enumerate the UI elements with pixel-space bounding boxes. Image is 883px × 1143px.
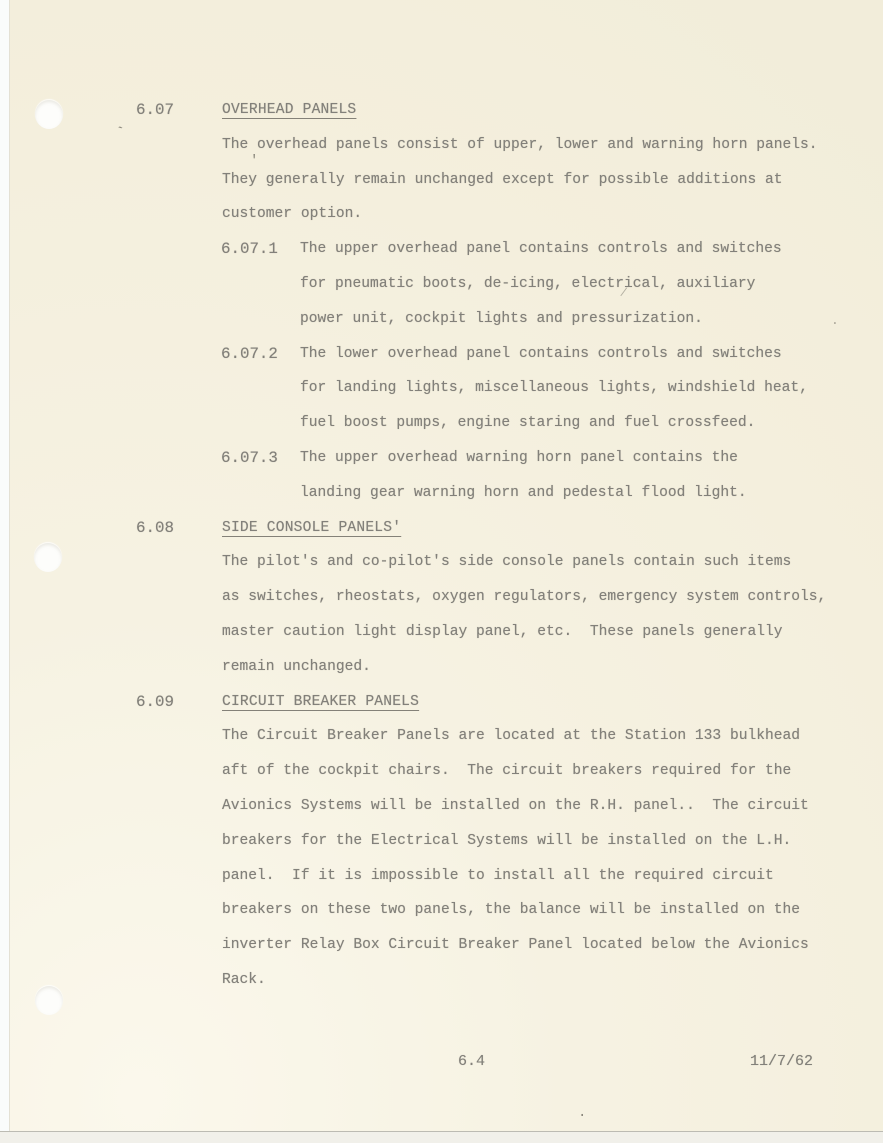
subsection-number: 6.07.2 — [221, 343, 278, 365]
body-text-line: Rack. — [222, 969, 266, 991]
text-line: aft of the cockpit chairs. The circuit b… — [0, 760, 883, 782]
text-line: 6.07.2The lower overhead panel contains … — [0, 343, 883, 365]
body-text-line: The overhead panels consist of upper, lo… — [222, 134, 818, 156]
text-line: panel. If it is impossible to install al… — [0, 865, 883, 887]
body-text-line: breakers for the Electrical Systems will… — [222, 830, 791, 852]
revision-date: 11/7/62 — [750, 1051, 813, 1073]
body-text-line: landing gear warning horn and pedestal f… — [300, 482, 747, 504]
page-footer: 6.4 11/7/62 — [0, 1051, 883, 1073]
text-line: 6.08SIDE CONSOLE PANELS' — [0, 517, 883, 539]
text-line: breakers for the Electrical Systems will… — [0, 830, 883, 852]
body-text-line: customer option. — [222, 203, 362, 225]
text-line: as switches, rheostats, oxygen regulator… — [0, 586, 883, 608]
text-line: Avionics Systems will be installed on th… — [0, 795, 883, 817]
text-line: remain unchanged. — [0, 656, 883, 678]
document-content: 6.07OVERHEAD PANELSThe overhead panels c… — [0, 0, 883, 1143]
text-line: The overhead panels consist of upper, lo… — [0, 134, 883, 156]
stray-mark: . — [578, 1108, 586, 1118]
text-line: for landing lights, miscellaneous lights… — [0, 377, 883, 399]
page-number: 6.4 — [458, 1051, 485, 1073]
section-heading: SIDE CONSOLE PANELS' — [222, 517, 401, 539]
body-text-line: master caution light display panel, etc.… — [222, 621, 783, 643]
stray-mark: ' — [250, 156, 258, 166]
body-text-line: The lower overhead panel contains contro… — [300, 343, 782, 365]
text-line: 6.07OVERHEAD PANELS — [0, 99, 883, 121]
text-line: customer option. — [0, 203, 883, 225]
text-line: inverter Relay Box Circuit Breaker Panel… — [0, 934, 883, 956]
section-heading: CIRCUIT BREAKER PANELS — [222, 691, 419, 713]
body-text-line: The upper overhead panel contains contro… — [300, 238, 782, 260]
text-line: Rack. — [0, 969, 883, 991]
body-text-line: breakers on these two panels, the balanc… — [222, 899, 800, 921]
text-line: landing gear warning horn and pedestal f… — [0, 482, 883, 504]
body-text-line: fuel boost pumps, engine staring and fue… — [300, 412, 755, 434]
body-text-line: The pilot's and co-pilot's side console … — [222, 551, 791, 573]
body-text-line: remain unchanged. — [222, 656, 371, 678]
text-line: 6.09CIRCUIT BREAKER PANELS — [0, 691, 883, 713]
stray-mark: . — [831, 316, 839, 326]
text-line: breakers on these two panels, the balanc… — [0, 899, 883, 921]
stray-mark: / — [619, 288, 628, 299]
subsection-number: 6.07.1 — [221, 238, 278, 260]
body-text-line: They generally remain unchanged except f… — [222, 169, 783, 191]
body-text-line: aft of the cockpit chairs. The circuit b… — [222, 760, 791, 782]
text-line: 6.07.3The upper overhead warning horn pa… — [0, 447, 883, 469]
body-text-line: power unit, cockpit lights and pressuriz… — [300, 308, 703, 330]
text-line: They generally remain unchanged except f… — [0, 169, 883, 191]
body-text-line: Avionics Systems will be installed on th… — [222, 795, 809, 817]
document-page: 6.07OVERHEAD PANELSThe overhead panels c… — [0, 0, 883, 1143]
body-text-line: panel. If it is impossible to install al… — [222, 865, 774, 887]
text-line: power unit, cockpit lights and pressuriz… — [0, 308, 883, 330]
section-number: 6.07 — [136, 99, 174, 121]
section-heading: OVERHEAD PANELS — [222, 99, 356, 121]
text-line: The Circuit Breaker Panels are located a… — [0, 725, 883, 747]
text-line: The pilot's and co-pilot's side console … — [0, 551, 883, 573]
body-text-line: for pneumatic boots, de-icing, electrica… — [300, 273, 755, 295]
body-text-line: The upper overhead warning horn panel co… — [300, 447, 738, 469]
body-text-line: inverter Relay Box Circuit Breaker Panel… — [222, 934, 809, 956]
subsection-number: 6.07.3 — [221, 447, 278, 469]
body-text-line: for landing lights, miscellaneous lights… — [300, 377, 808, 399]
section-number: 6.09 — [136, 691, 174, 713]
text-line: master caution light display panel, etc.… — [0, 621, 883, 643]
text-line: for pneumatic boots, de-icing, electrica… — [0, 273, 883, 295]
text-line: fuel boost pumps, engine staring and fue… — [0, 412, 883, 434]
text-line: 6.07.1The upper overhead panel contains … — [0, 238, 883, 260]
section-number: 6.08 — [136, 517, 174, 539]
body-text-line: The Circuit Breaker Panels are located a… — [222, 725, 800, 747]
body-text-line: as switches, rheostats, oxygen regulator… — [222, 586, 826, 608]
